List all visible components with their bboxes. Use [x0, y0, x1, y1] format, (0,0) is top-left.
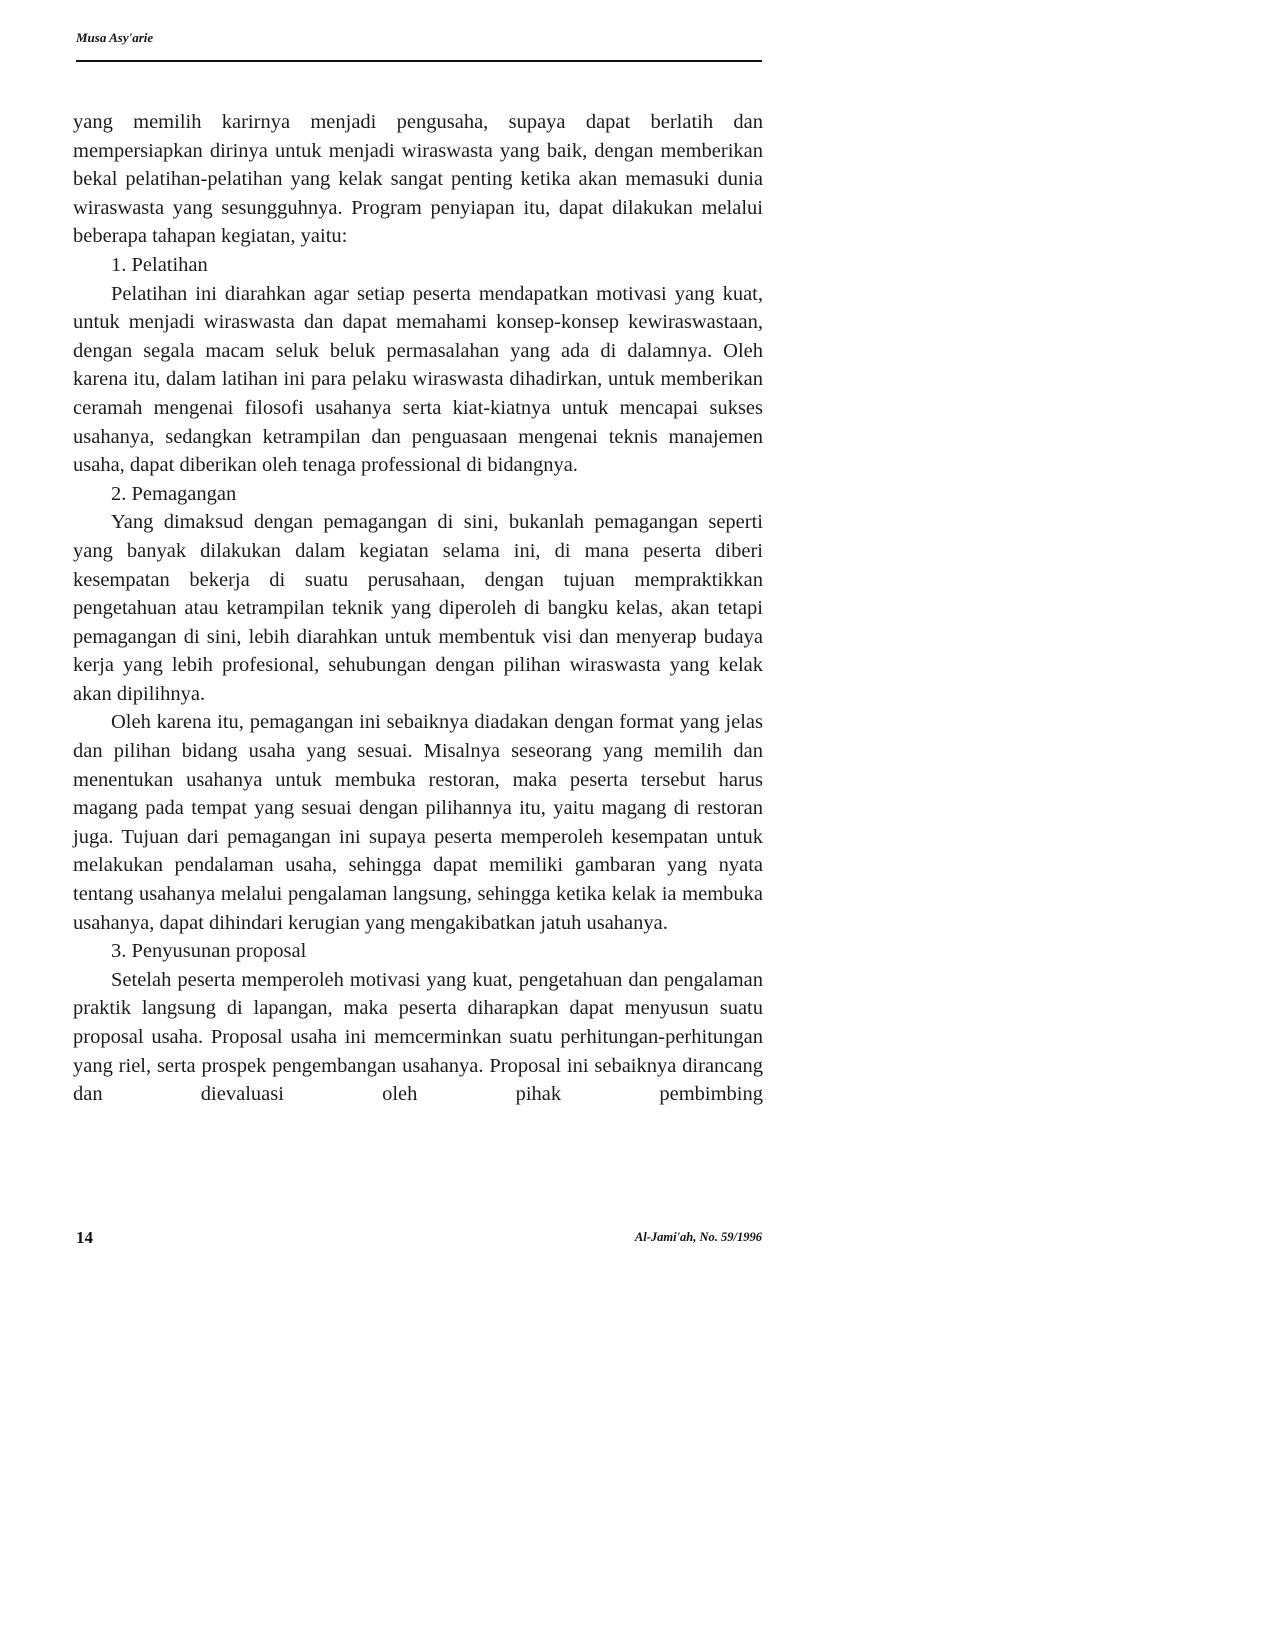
paragraph-pemagangan-1: Yang dimaksud dengan pemagangan di sini,…: [73, 508, 763, 708]
document-page: Musa Asy'arie yang memilih karirnya menj…: [0, 0, 1275, 1650]
paragraph-pelatihan: Pelatihan ini diarahkan agar setiap pese…: [73, 280, 763, 480]
opening-paragraph: yang memilih karirnya menjadi pengusaha,…: [73, 108, 763, 251]
section-heading-proposal: 3. Penyusunan proposal: [73, 937, 763, 966]
page-number: 14: [76, 1228, 93, 1248]
running-head-author: Musa Asy'arie: [76, 30, 153, 46]
section-heading-pelatihan: 1. Pelatihan: [73, 251, 763, 280]
paragraph-pemagangan-2: Oleh karena itu, pemagangan ini sebaikny…: [73, 708, 763, 937]
section-heading-pemagangan: 2. Pemagangan: [73, 480, 763, 509]
body-text: yang memilih karirnya menjadi pengusaha,…: [73, 108, 763, 1109]
paragraph-proposal: Setelah peserta memperoleh motivasi yang…: [73, 966, 763, 1109]
header-rule: [76, 60, 762, 62]
journal-citation: Al-Jami'ah, No. 59/1996: [635, 1230, 762, 1245]
